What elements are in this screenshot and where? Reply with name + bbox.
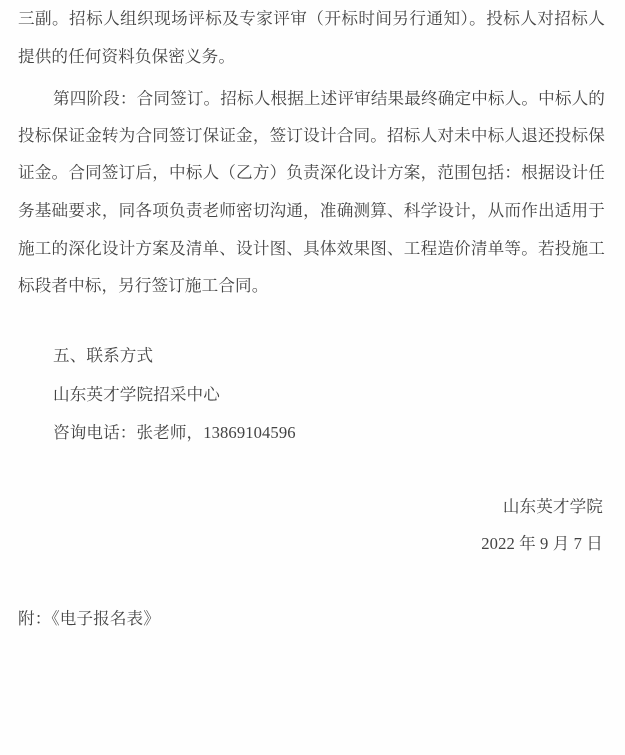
contact-phone-line: 咨询电话：张老师，13869104596	[18, 414, 605, 452]
contact-organization: 山东英才学院招采中心	[18, 376, 605, 414]
paragraph-stage4-line-3: 证金。合同签订后，中标人（乙方）负责深化设计方案，范围包括：根据设计任	[18, 154, 605, 192]
attachment-note: 附：《电子报名表》	[18, 600, 605, 638]
paragraph-stage4-line-4: 务基础要求，同各项负责老师密切沟通，准确测算、科学设计，从而作出适用于	[18, 192, 605, 230]
paragraph-evaluation-line-2: 提供的任何资料负保密义务。	[18, 38, 605, 76]
paragraph-evaluation-line-1: 三副。招标人组织现场评标及专家评审（开标时间另行通知）。投标人对招标人	[18, 0, 605, 38]
document-page: 三副。招标人组织现场评标及专家评审（开标时间另行通知）。投标人对招标人 提供的任…	[0, 0, 625, 755]
paragraph-stage4-line-6: 标段者中标，另行签订施工合同。	[18, 267, 605, 305]
signature-organization: 山东英才学院	[18, 488, 603, 526]
signature-date: 2022 年 9 月 7 日	[18, 525, 603, 563]
paragraph-stage4-line-1: 第四阶段：合同签订。招标人根据上述评审结果最终确定中标人。中标人的	[18, 80, 605, 118]
paragraph-stage4-line-2: 投标保证金转为合同签订保证金，签订设计合同。招标人对未中标人退还投标保	[18, 117, 605, 155]
paragraph-stage4-line-5: 施工的深化设计方案及清单、设计图、具体效果图、工程造价清单等。若投施工	[18, 230, 605, 268]
contact-section-heading: 五、联系方式	[18, 337, 605, 375]
